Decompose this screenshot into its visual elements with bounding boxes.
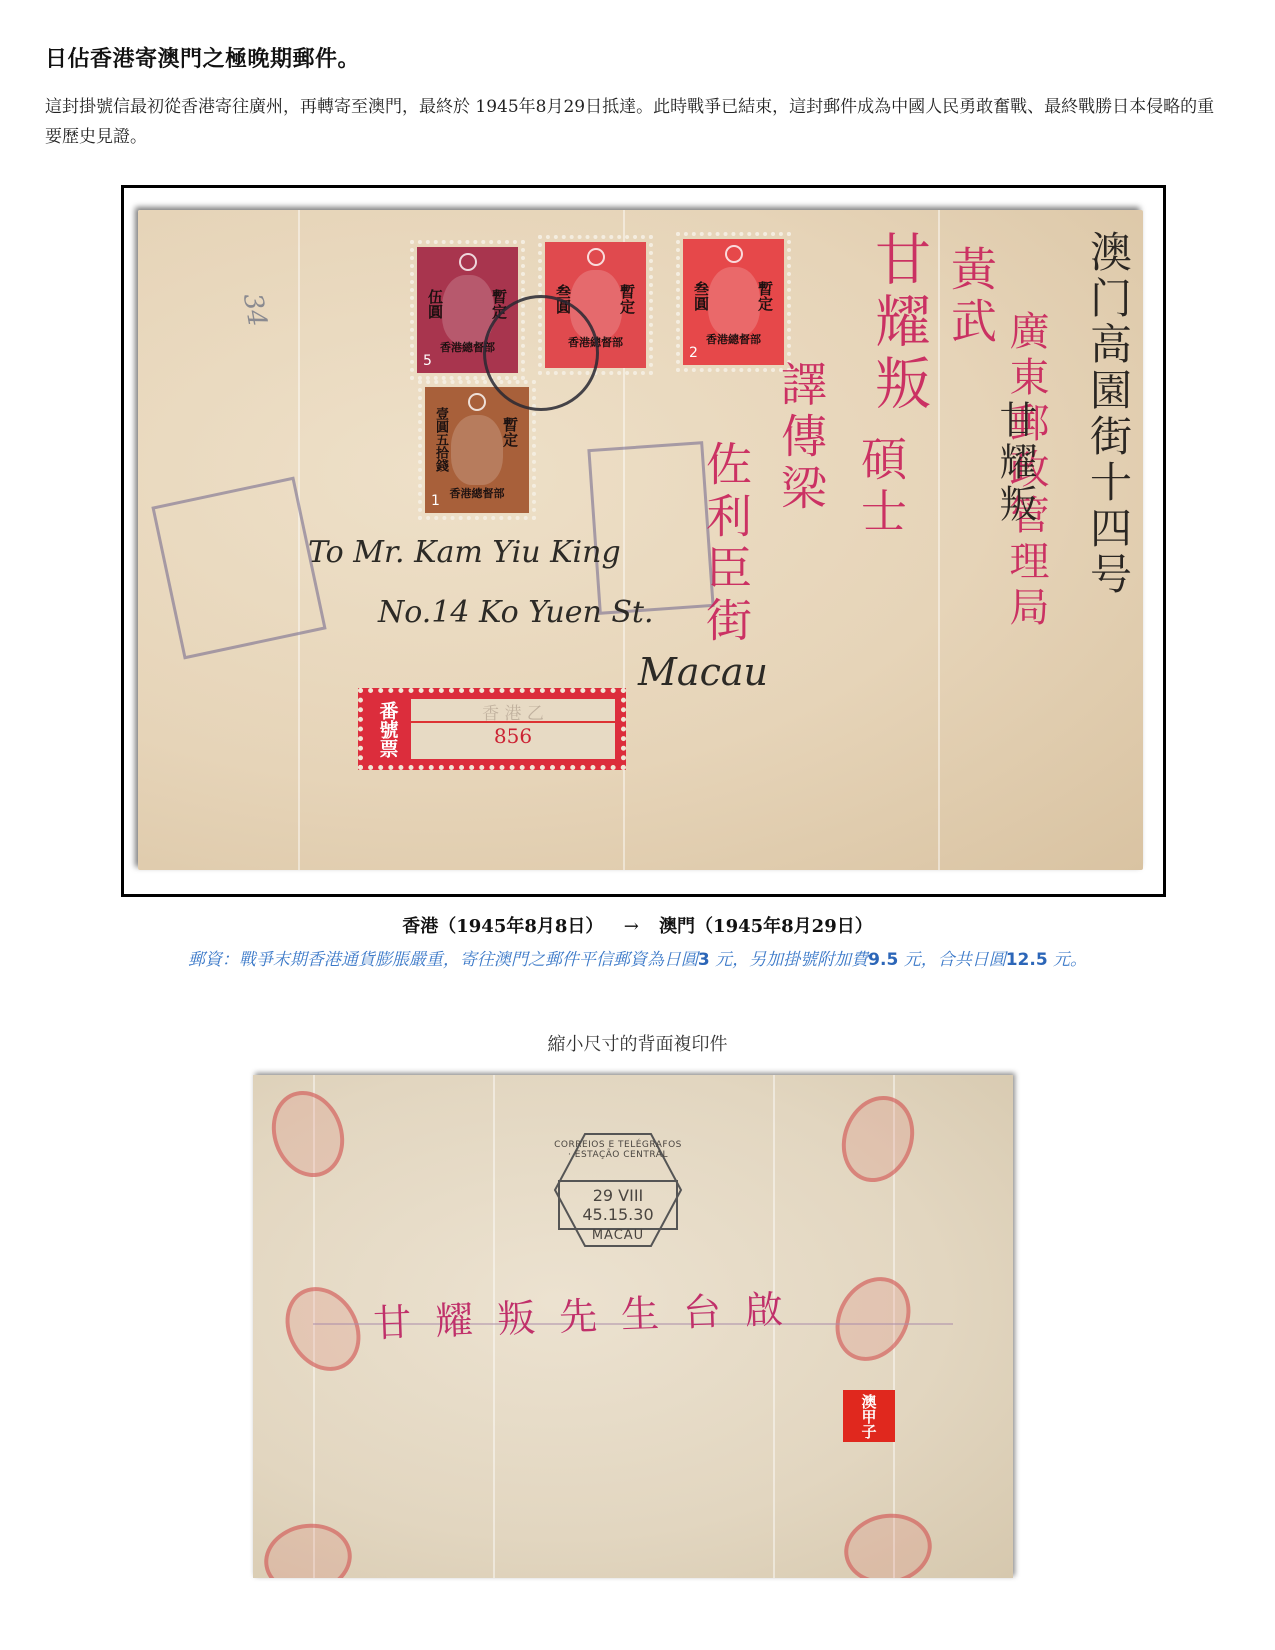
registration-number: 856 xyxy=(411,724,615,748)
postage-amount-ordinary: 3 xyxy=(698,950,710,970)
wax-seal-mark xyxy=(259,1517,358,1578)
violet-box-cachet xyxy=(151,477,326,660)
black-handwriting-address: 澳门高園街十四号 xyxy=(1078,230,1138,598)
stamp-3-yen-b: 叁圓 暫定 香港總督部 2 xyxy=(676,232,791,372)
wax-seal-mark xyxy=(271,1273,376,1384)
address-line-2: No.14 Ko Yuen St. xyxy=(378,595,654,630)
postmark-date: 29 VIII 45.15.30 xyxy=(558,1180,678,1230)
red-handwriting-col: 甘耀叛 xyxy=(858,230,938,416)
front-cover-frame: 伍圓 暫定 香港總督部 5 叁圓 暫定 香港總督部 叁圓 暫定 香港總督部 2 xyxy=(121,185,1166,897)
wax-seal-mark xyxy=(839,1507,938,1578)
hong-kong-postmark xyxy=(483,295,599,411)
wax-seal-mark xyxy=(830,1086,926,1193)
route-destination: 澳門（1945年8月29日） xyxy=(659,916,873,937)
front-cover-envelope: 伍圓 暫定 香港總督部 5 叁圓 暫定 香港總督部 叁圓 暫定 香港總督部 2 xyxy=(138,210,1143,870)
red-handwriting-col: 譯傳梁 xyxy=(768,360,834,516)
back-handwriting: 甘耀叛先生台啟 xyxy=(372,1277,808,1347)
wax-seal-mark xyxy=(260,1081,356,1188)
red-handwriting-col: 碩士 xyxy=(848,435,914,539)
macau-arrival-postmark: CORREIOS E TELÉGRAFOS · ESTAÇÃO CENTRAL … xyxy=(553,1130,683,1250)
registration-label: 番號票 香 港 乙 856 xyxy=(358,688,626,770)
route-line: 香港（1945年8月8日） → 澳門（1945年8月29日） xyxy=(0,912,1275,938)
pencil-note: 34 xyxy=(237,291,272,329)
postage-amount-registration: 9.5 xyxy=(868,950,898,970)
red-handwriting-col: 佐利臣街 xyxy=(693,440,759,648)
postage-note: 郵資：戰爭末期香港通貨膨脹嚴重，寄往澳門之郵件平信郵資為日圓3 元，另加掛號附加… xyxy=(0,945,1275,970)
postage-amount-total: 12.5 xyxy=(1006,950,1048,970)
route-arrow: → xyxy=(624,916,639,937)
intro-paragraph: 這封掛號信最初從香港寄往廣州，再轉寄至澳門，最終於 1945年8月29日抵達。此… xyxy=(45,92,1215,152)
route-origin: 香港（1945年8月8日） xyxy=(402,916,603,937)
postmark-city: MACAU xyxy=(553,1228,683,1243)
black-handwriting-name: 甘耀叛 xyxy=(988,400,1043,526)
wax-seal-mark xyxy=(821,1263,926,1374)
red-chop-seal: 澳甲子 xyxy=(843,1390,895,1442)
red-handwriting-col: 黃武 xyxy=(938,245,1004,349)
address-line-3: Macau xyxy=(638,650,768,694)
back-cover-envelope: CORREIOS E TELÉGRAFOS · ESTAÇÃO CENTRAL … xyxy=(253,1075,1013,1578)
back-cover-caption: 縮小尺寸的背面複印件 xyxy=(0,1030,1275,1056)
address-line-1: To Mr. Kam Yiu King xyxy=(308,535,621,570)
page-title: 日佔香港寄澳門之極晚期郵件。 xyxy=(45,42,360,73)
